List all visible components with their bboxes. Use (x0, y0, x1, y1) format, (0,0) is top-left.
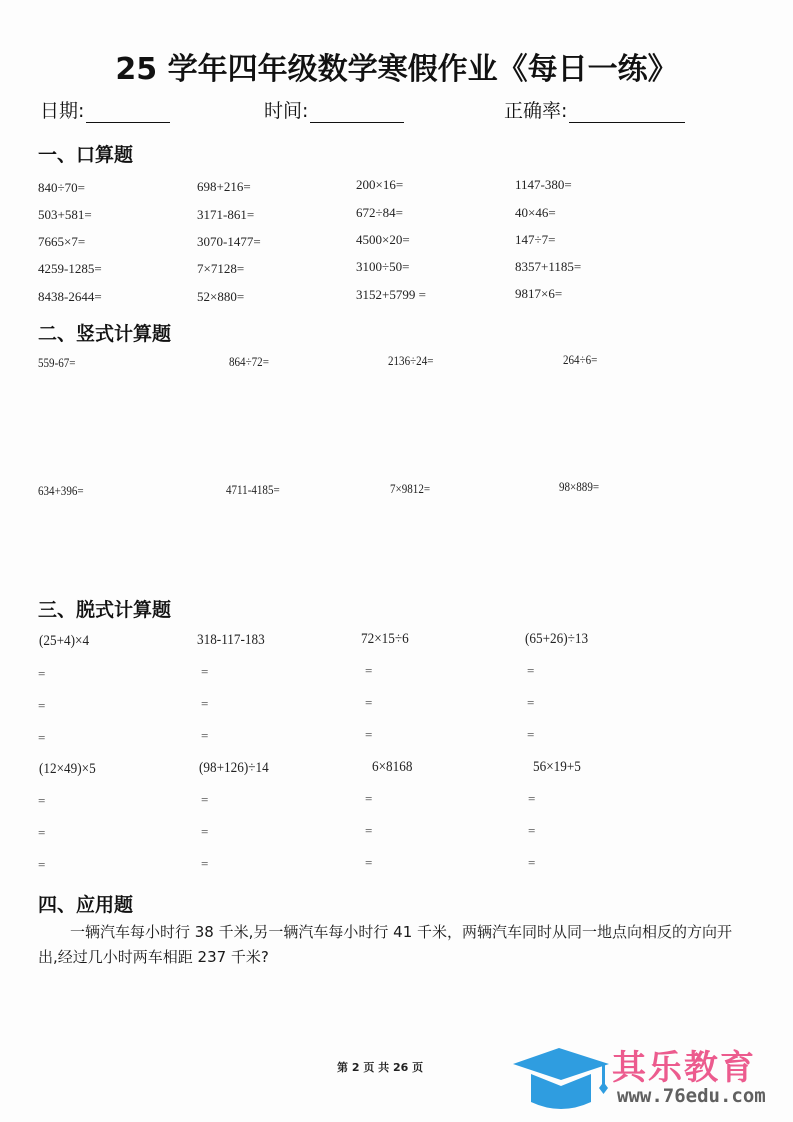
equals-line: = (365, 695, 372, 711)
oral-question: 3152+5799 = (356, 287, 426, 303)
oral-question: 8357+1185= (515, 259, 581, 275)
equals-line: = (38, 825, 45, 841)
equals-line: = (201, 728, 208, 744)
equals-line: = (528, 791, 535, 807)
stepwise-question: (65+26)÷13 (525, 631, 588, 648)
oral-question: 3171-861= (197, 207, 254, 223)
equals-line: = (528, 855, 535, 871)
oral-question: 52×880= (197, 289, 244, 305)
page-title: 25 学年四年级数学寒假作业《每日一练》 (0, 44, 793, 88)
stepwise-question: 318-117-183 (197, 632, 265, 649)
oral-question: 3070-1477= (197, 234, 261, 250)
oral-question: 200×16= (356, 177, 403, 193)
accuracy-blank[interactable] (569, 104, 685, 123)
oral-question: 503+581= (38, 207, 92, 223)
section4-heading: 四、应用题 (38, 890, 133, 917)
equals-line: = (528, 823, 535, 839)
equals-line: = (365, 855, 372, 871)
equals-line: = (365, 663, 372, 679)
equals-line: = (38, 666, 45, 682)
oral-question: 9817×6= (515, 286, 562, 302)
oral-question: 4500×20= (356, 232, 410, 248)
equals-line: = (365, 791, 372, 807)
equals-line: = (527, 727, 534, 743)
time-blank[interactable] (310, 104, 404, 123)
oral-question: 8438-2644= (38, 289, 102, 305)
oral-question: 1147-380= (515, 177, 572, 193)
vertical-question: 98×889= (559, 479, 599, 495)
vertical-question: 264÷6= (563, 352, 597, 368)
stepwise-question: (12×49)×5 (39, 761, 96, 778)
oral-question: 7665×7= (38, 234, 85, 250)
time-field[interactable]: 时间: (264, 96, 404, 123)
section2-heading: 二、竖式计算题 (38, 319, 171, 346)
page-number: 第 2 页 共 26 页 (337, 1059, 423, 1075)
accuracy-label: 正确率: (504, 100, 567, 122)
vertical-question: 559-67= (38, 355, 76, 371)
oral-question: 4259-1285= (38, 261, 102, 277)
oral-question: 147÷7= (515, 232, 555, 248)
equals-line: = (38, 857, 45, 873)
equals-line: = (527, 663, 534, 679)
stepwise-question: 72×15÷6 (361, 631, 409, 648)
vertical-question: 2136÷24= (388, 353, 433, 369)
date-field[interactable]: 日期: (40, 96, 170, 123)
section1-heading: 一、口算题 (38, 140, 133, 167)
logo-url[interactable]: www.76edu.com (617, 1085, 766, 1107)
oral-question: 840÷70= (38, 180, 85, 196)
vertical-question: 4711-4185= (226, 482, 280, 498)
stepwise-question: 56×19+5 (533, 759, 581, 776)
equals-line: = (201, 696, 208, 712)
oral-question: 672÷84= (356, 205, 403, 221)
equals-line: = (201, 792, 208, 808)
word-problem: 一辆汽车每小时行 38 千米,另一辆汽车每小时行 41 千米，两辆汽车同时从同一… (38, 920, 750, 970)
vertical-question: 7×9812= (390, 481, 430, 497)
vertical-question: 634+396= (38, 483, 84, 499)
date-blank[interactable] (86, 104, 170, 123)
stepwise-question: 6×8168 (372, 759, 412, 776)
stepwise-question: (98+126)÷14 (199, 760, 269, 777)
equals-line: = (201, 824, 208, 840)
oral-question: 3100÷50= (356, 259, 409, 275)
graduation-cap-icon (511, 1046, 611, 1116)
time-label: 时间: (264, 100, 308, 122)
date-label: 日期: (40, 100, 84, 122)
equals-line: = (38, 793, 45, 809)
equals-line: = (201, 664, 208, 680)
section3-heading: 三、脱式计算题 (38, 595, 171, 622)
equals-line: = (365, 823, 372, 839)
equals-line: = (38, 698, 45, 714)
equals-line: = (38, 730, 45, 746)
equals-line: = (365, 727, 372, 743)
oral-question: 698+216= (197, 179, 251, 195)
accuracy-field[interactable]: 正确率: (504, 96, 685, 123)
oral-question: 40×46= (515, 205, 556, 221)
logo-name: 其乐教育 (612, 1040, 756, 1089)
equals-line: = (527, 695, 534, 711)
oral-question: 7×7128= (197, 261, 244, 277)
vertical-question: 864÷72= (229, 354, 269, 370)
equals-line: = (201, 856, 208, 872)
stepwise-question: (25+4)×4 (39, 633, 89, 650)
